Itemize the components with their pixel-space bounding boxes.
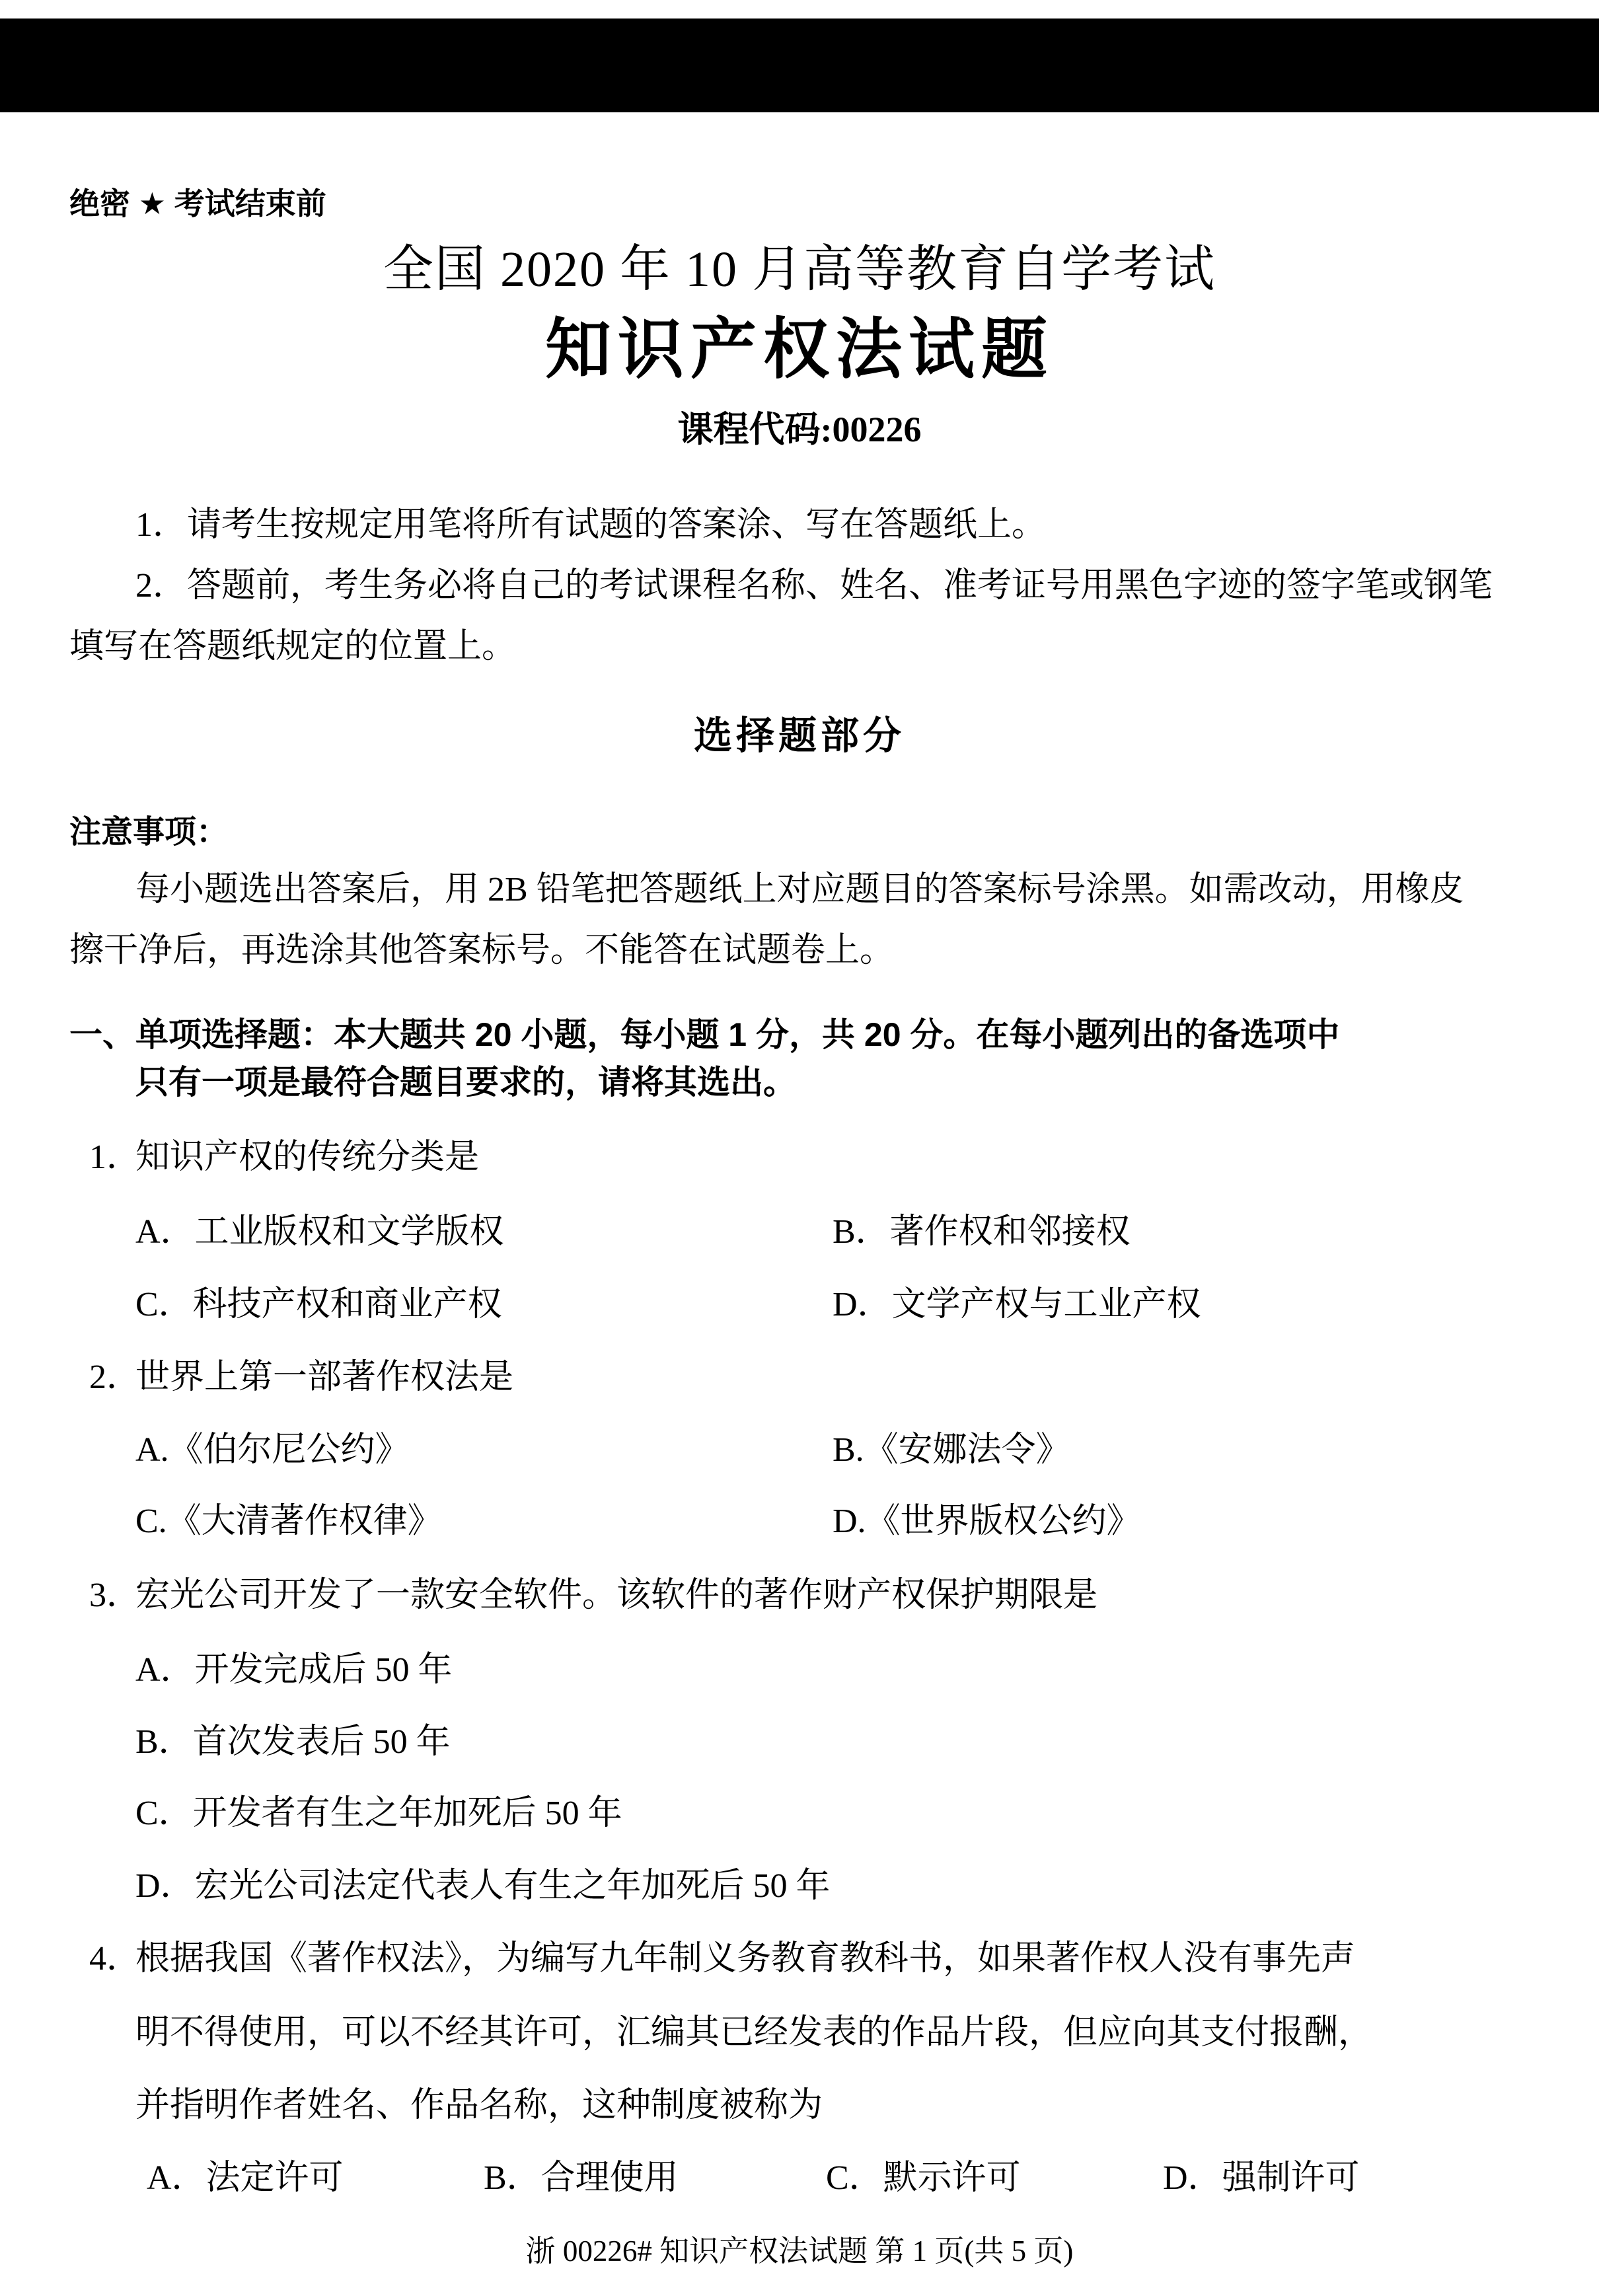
option-d: D.《世界版权公约》 — [833, 1502, 1141, 1541]
scan-black-bar — [0, 19, 1599, 112]
question-stem: 知识产权的传统分类是 — [69, 1138, 1540, 1177]
instruction-item-2-line-2: 填写在答题纸规定的位置上。 — [69, 628, 1540, 666]
option-b: B．著作权和邻接权 — [833, 1213, 1131, 1251]
option-b: B．合理使用 — [484, 2159, 679, 2198]
course-code: 课程代码:00226 — [0, 410, 1599, 449]
question-3-option-c: C．开发者有生之年加死后 50 年 — [69, 1795, 1540, 1833]
question-4-stem-line-3: 并指明作者姓名、作品名称，这种制度被称为 — [69, 2087, 1540, 2125]
question-number: 3． — [89, 1576, 141, 1615]
part-one-heading-line-2: 只有一项是最符合题目要求的，请将其选出。 — [69, 1064, 1540, 1101]
question-1: 1． 知识产权的传统分类是 — [69, 1138, 1540, 1177]
exam-paper-page: 绝密 ★ 考试结束前 全国 2020 年 10 月高等教育自学考试 知识产权法试… — [0, 0, 1599, 2296]
option-c: C.《大清著作权律》 — [135, 1502, 442, 1541]
option-a: A.《伯尔尼公约》 — [135, 1431, 410, 1469]
question-stem: 世界上第一部著作权法是 — [69, 1358, 1540, 1397]
question-3-option-b: B．首次发表后 50 年 — [69, 1723, 1540, 1761]
classification-label: 绝密 ★ 考试结束前 — [69, 187, 1540, 221]
notes-line-2: 擦干净后，再选涂其他答案标号。不能答在试题卷上。 — [69, 932, 1540, 970]
option-a: A．法定许可 — [147, 2159, 344, 2198]
page-footer: 浙 00226# 知识产权法试题 第 1 页(共 5 页) — [0, 2235, 1599, 2268]
question-3-option-d: D．宏光公司法定代表人有生之年加死后 50 年 — [69, 1867, 1540, 1906]
exam-session-title: 全国 2020 年 10 月高等教育自学考试 — [0, 242, 1599, 298]
question-stem-line-1: 根据我国《著作权法》，为编写九年制义务教育教科书，如果著作权人没有事先声 — [69, 1940, 1540, 1978]
question-number: 4． — [89, 1940, 141, 1978]
instruction-item-2-line-1: 2．答题前，考生务必将自己的考试课程名称、姓名、准考证号用黑色字迹的签字笔或钢笔 — [69, 567, 1540, 605]
question-4-stem-line-2: 明不得使用，可以不经其许可，汇编其已经发表的作品片段，但应向其支付报酬， — [69, 2014, 1540, 2052]
question-2: 2． 世界上第一部著作权法是 — [69, 1358, 1540, 1397]
option-c: C．科技产权和商业产权 — [135, 1286, 502, 1324]
instruction-item-1: 1．请考生按规定用笔将所有试题的答案涂、写在答题纸上。 — [69, 506, 1540, 544]
part-one-heading-line-1: 一、单项选择题：本大题共 20 小题，每小题 1 分，共 20 分。在每小题列出… — [69, 1016, 1540, 1053]
notes-line-1: 每小题选出答案后，用 2B 铅笔把答题纸上对应题目的答案标号涂黑。如需改动，用橡… — [69, 871, 1540, 909]
question-4: 4． 根据我国《著作权法》，为编写九年制义务教育教科书，如果著作权人没有事先声 — [69, 1940, 1540, 1978]
question-stem: 宏光公司开发了一款安全软件。该软件的著作财产权保护期限是 — [69, 1576, 1540, 1615]
notes-label: 注意事项： — [69, 815, 1540, 850]
section-heading: 选择题部分 — [0, 715, 1599, 758]
question-number: 2． — [89, 1358, 141, 1397]
paper-title: 知识产权法试题 — [0, 313, 1599, 387]
option-b: B.《安娜法令》 — [833, 1431, 1070, 1469]
question-number: 1． — [89, 1138, 141, 1177]
option-a: A．工业版权和文学版权 — [135, 1213, 504, 1251]
option-d: D．强制许可 — [1163, 2159, 1360, 2198]
option-c: C．默示许可 — [826, 2159, 1021, 2198]
option-d: D．文学产权与工业产权 — [833, 1286, 1201, 1324]
question-3: 3． 宏光公司开发了一款安全软件。该软件的著作财产权保护期限是 — [69, 1576, 1540, 1615]
question-3-option-a: A．开发完成后 50 年 — [69, 1651, 1540, 1689]
